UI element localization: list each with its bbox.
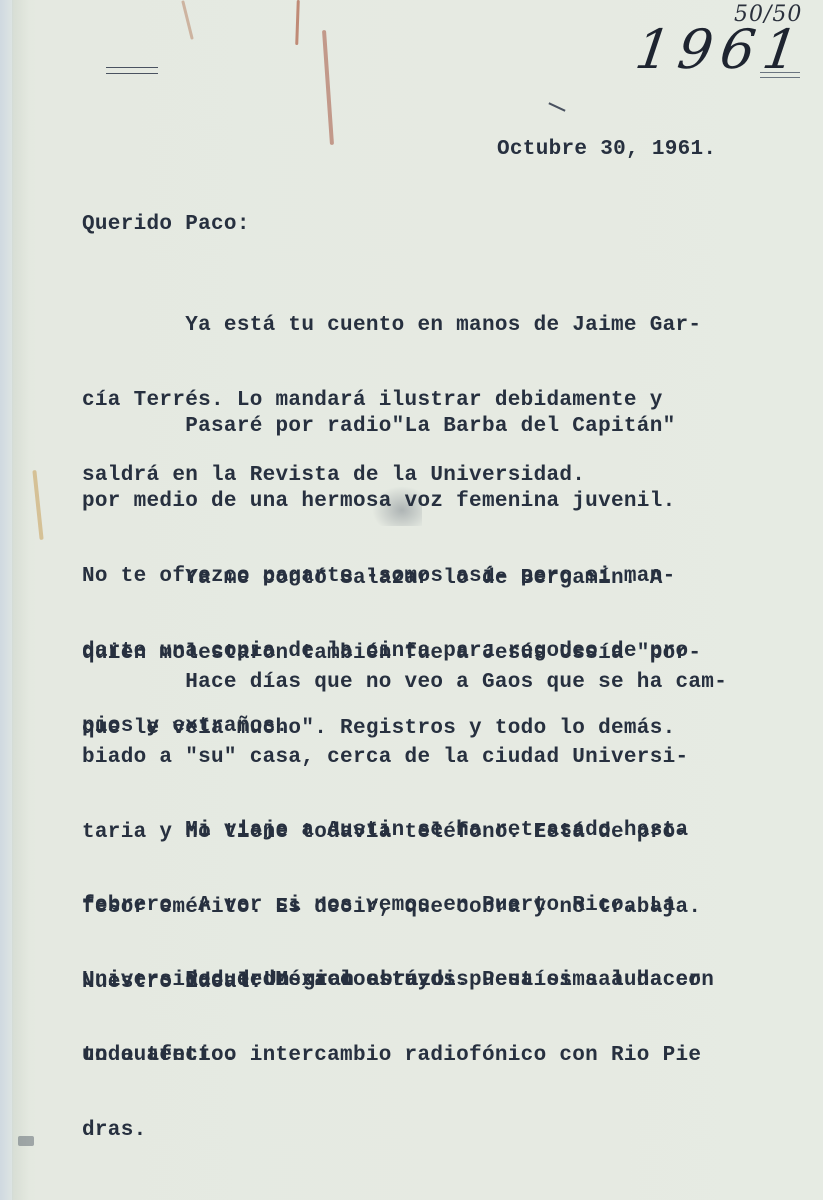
paragraph-line: biado a "su" casa, cerca de la ciudad Un…	[82, 745, 727, 770]
handwritten-year: 1961	[632, 18, 810, 81]
paragraph-line: dras.	[82, 1118, 701, 1143]
paper-left-edge	[0, 0, 12, 1200]
paragraph-line: todo afecto.	[82, 1043, 714, 1068]
letter-date: Octubre 30, 1961.	[497, 137, 716, 162]
paragraph-line: Mi viaje a Austin se ha retrasado hasta	[82, 818, 701, 843]
paragraph-line: por medio de una hermosa voz femenina ju…	[82, 489, 688, 514]
edge-mark	[18, 1136, 34, 1146]
paragraph-6: Recuerdos a los tuyos. Peua os saluda co…	[82, 918, 714, 1118]
rust-stain	[181, 0, 194, 40]
paragraph-line: Ya me contó Salazar lo de Bergamín. A	[82, 566, 701, 591]
rust-stain	[322, 30, 334, 145]
paragraph-line: Ya está tu cuento en manos de Jaime Gar-	[82, 313, 701, 338]
typed-dash-mark	[106, 67, 158, 74]
paragraph-line: febrero. A ver si nos vemos en Puerto Ri…	[82, 893, 701, 918]
letter-salutation: Querido Paco:	[82, 212, 250, 237]
letter-closing: Un gran abrazo	[264, 968, 445, 993]
paragraph-line: Hace días que no veo a Gaos que se ha ca…	[82, 670, 727, 695]
paper-edge-shadow	[12, 0, 30, 1200]
pencil-tick-mark	[548, 102, 565, 111]
tan-stain	[32, 470, 43, 540]
letter-page: 1961 50/50 Octubre 30, 1961. Querido Pac…	[0, 0, 823, 1200]
paragraph-line: Pasaré por radio"La Barba del Capitán"	[82, 414, 688, 439]
handwritten-code: 50/50	[734, 2, 802, 27]
rust-stain	[295, 0, 300, 45]
